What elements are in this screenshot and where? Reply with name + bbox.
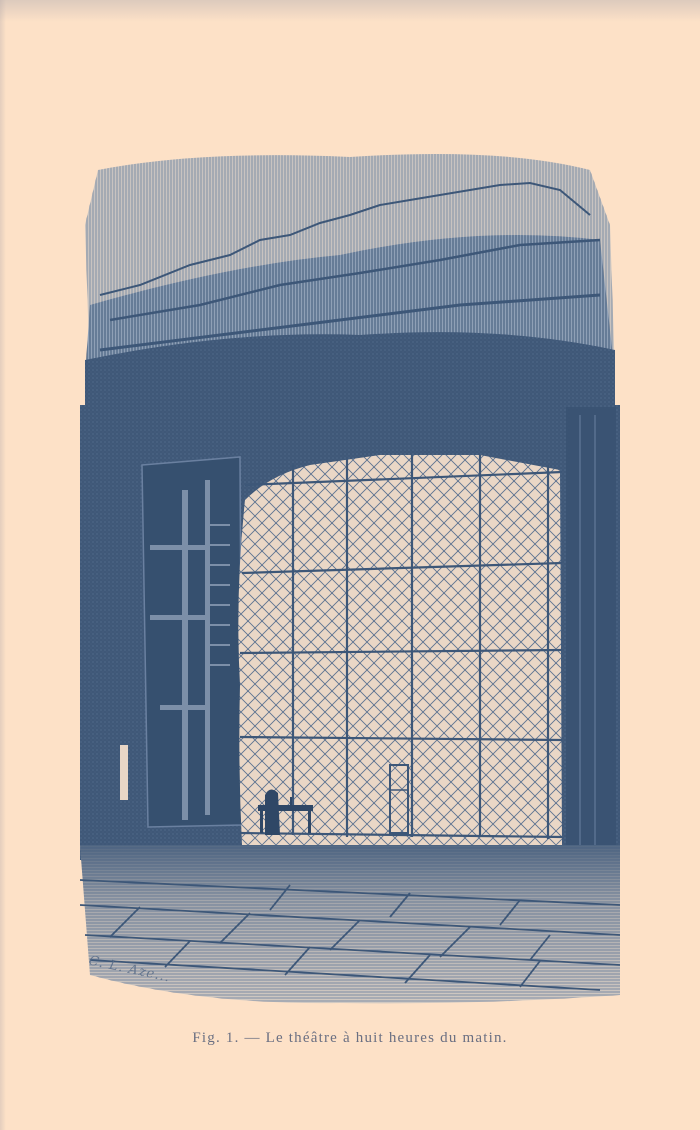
theatre-engraving	[80, 145, 620, 1010]
page-left-edge-shading	[0, 0, 6, 1130]
page-top-edge-shading	[0, 0, 700, 22]
figure-caption: Fig. 1. — Le théâtre à huit heures du ma…	[0, 1030, 700, 1047]
figure-label: Fig. 1.	[192, 1030, 239, 1046]
caption-dash: —	[244, 1030, 260, 1046]
caption-text: Le théâtre à huit heures du matin.	[266, 1030, 508, 1046]
book-page: C. L. Aze... Fig. 1. — Le théâtre à huit…	[0, 0, 700, 1130]
engraving-plate	[80, 145, 620, 1010]
